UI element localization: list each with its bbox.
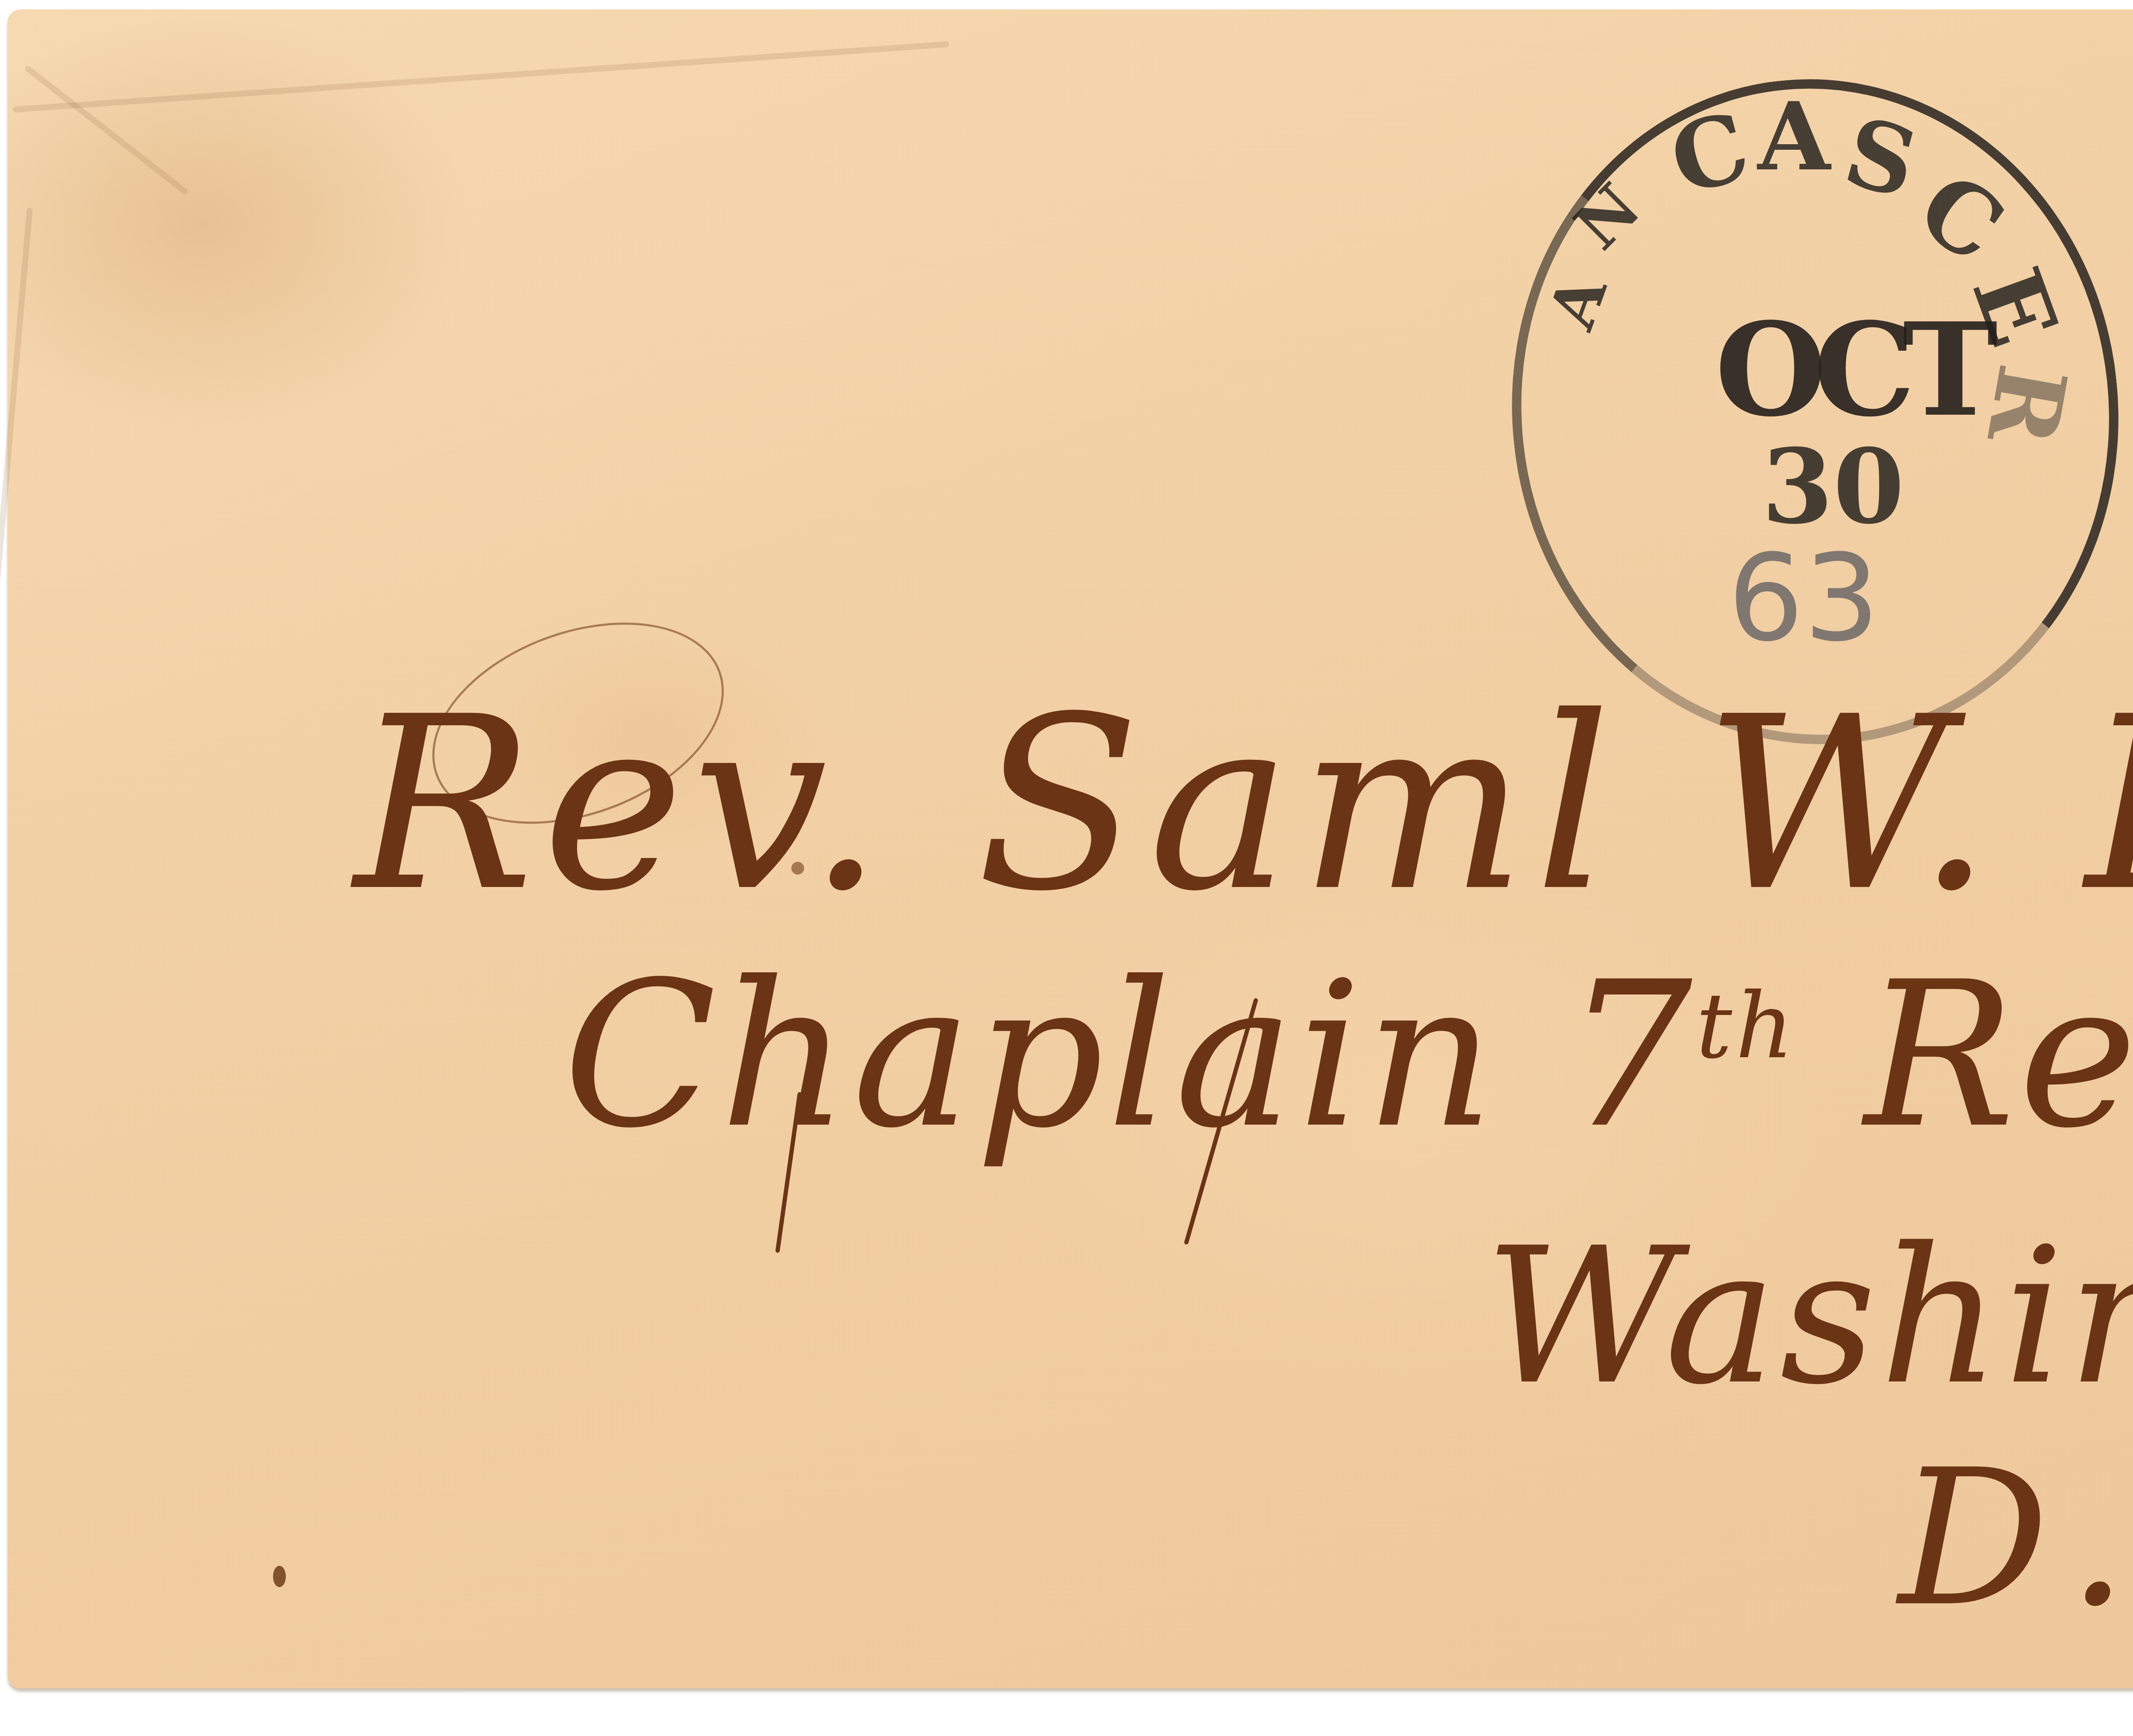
address-unit: Reg. Wisconsin Vols. (1864, 939, 2133, 1172)
postmark-month: OCT (1715, 294, 1985, 445)
postmark-letter: A (1758, 81, 1831, 192)
ink-stain (791, 862, 804, 875)
address-line-2: Chaplain 7th Reg. Wisconsin Vols. (563, 939, 2133, 1172)
address-initial: W. (1704, 666, 2001, 944)
address-line-1: Rev. Saml W. Eaton (354, 666, 2133, 944)
address-surname: Eaton (2085, 666, 2133, 944)
address-title: Chaplain (563, 939, 1498, 1172)
address-ordinal-suffix: th (1696, 974, 1797, 1079)
ink-stain (273, 1566, 286, 1587)
address-first-name: Saml (976, 666, 1620, 944)
address-ordinal: 7 (1565, 939, 1696, 1172)
address-line-4: D. C. (1898, 1429, 2133, 1648)
address-prefix: Rev. (354, 666, 892, 944)
postmark-year: 63 (1728, 529, 1880, 668)
address-line-3: Washington, (1485, 1207, 2133, 1426)
